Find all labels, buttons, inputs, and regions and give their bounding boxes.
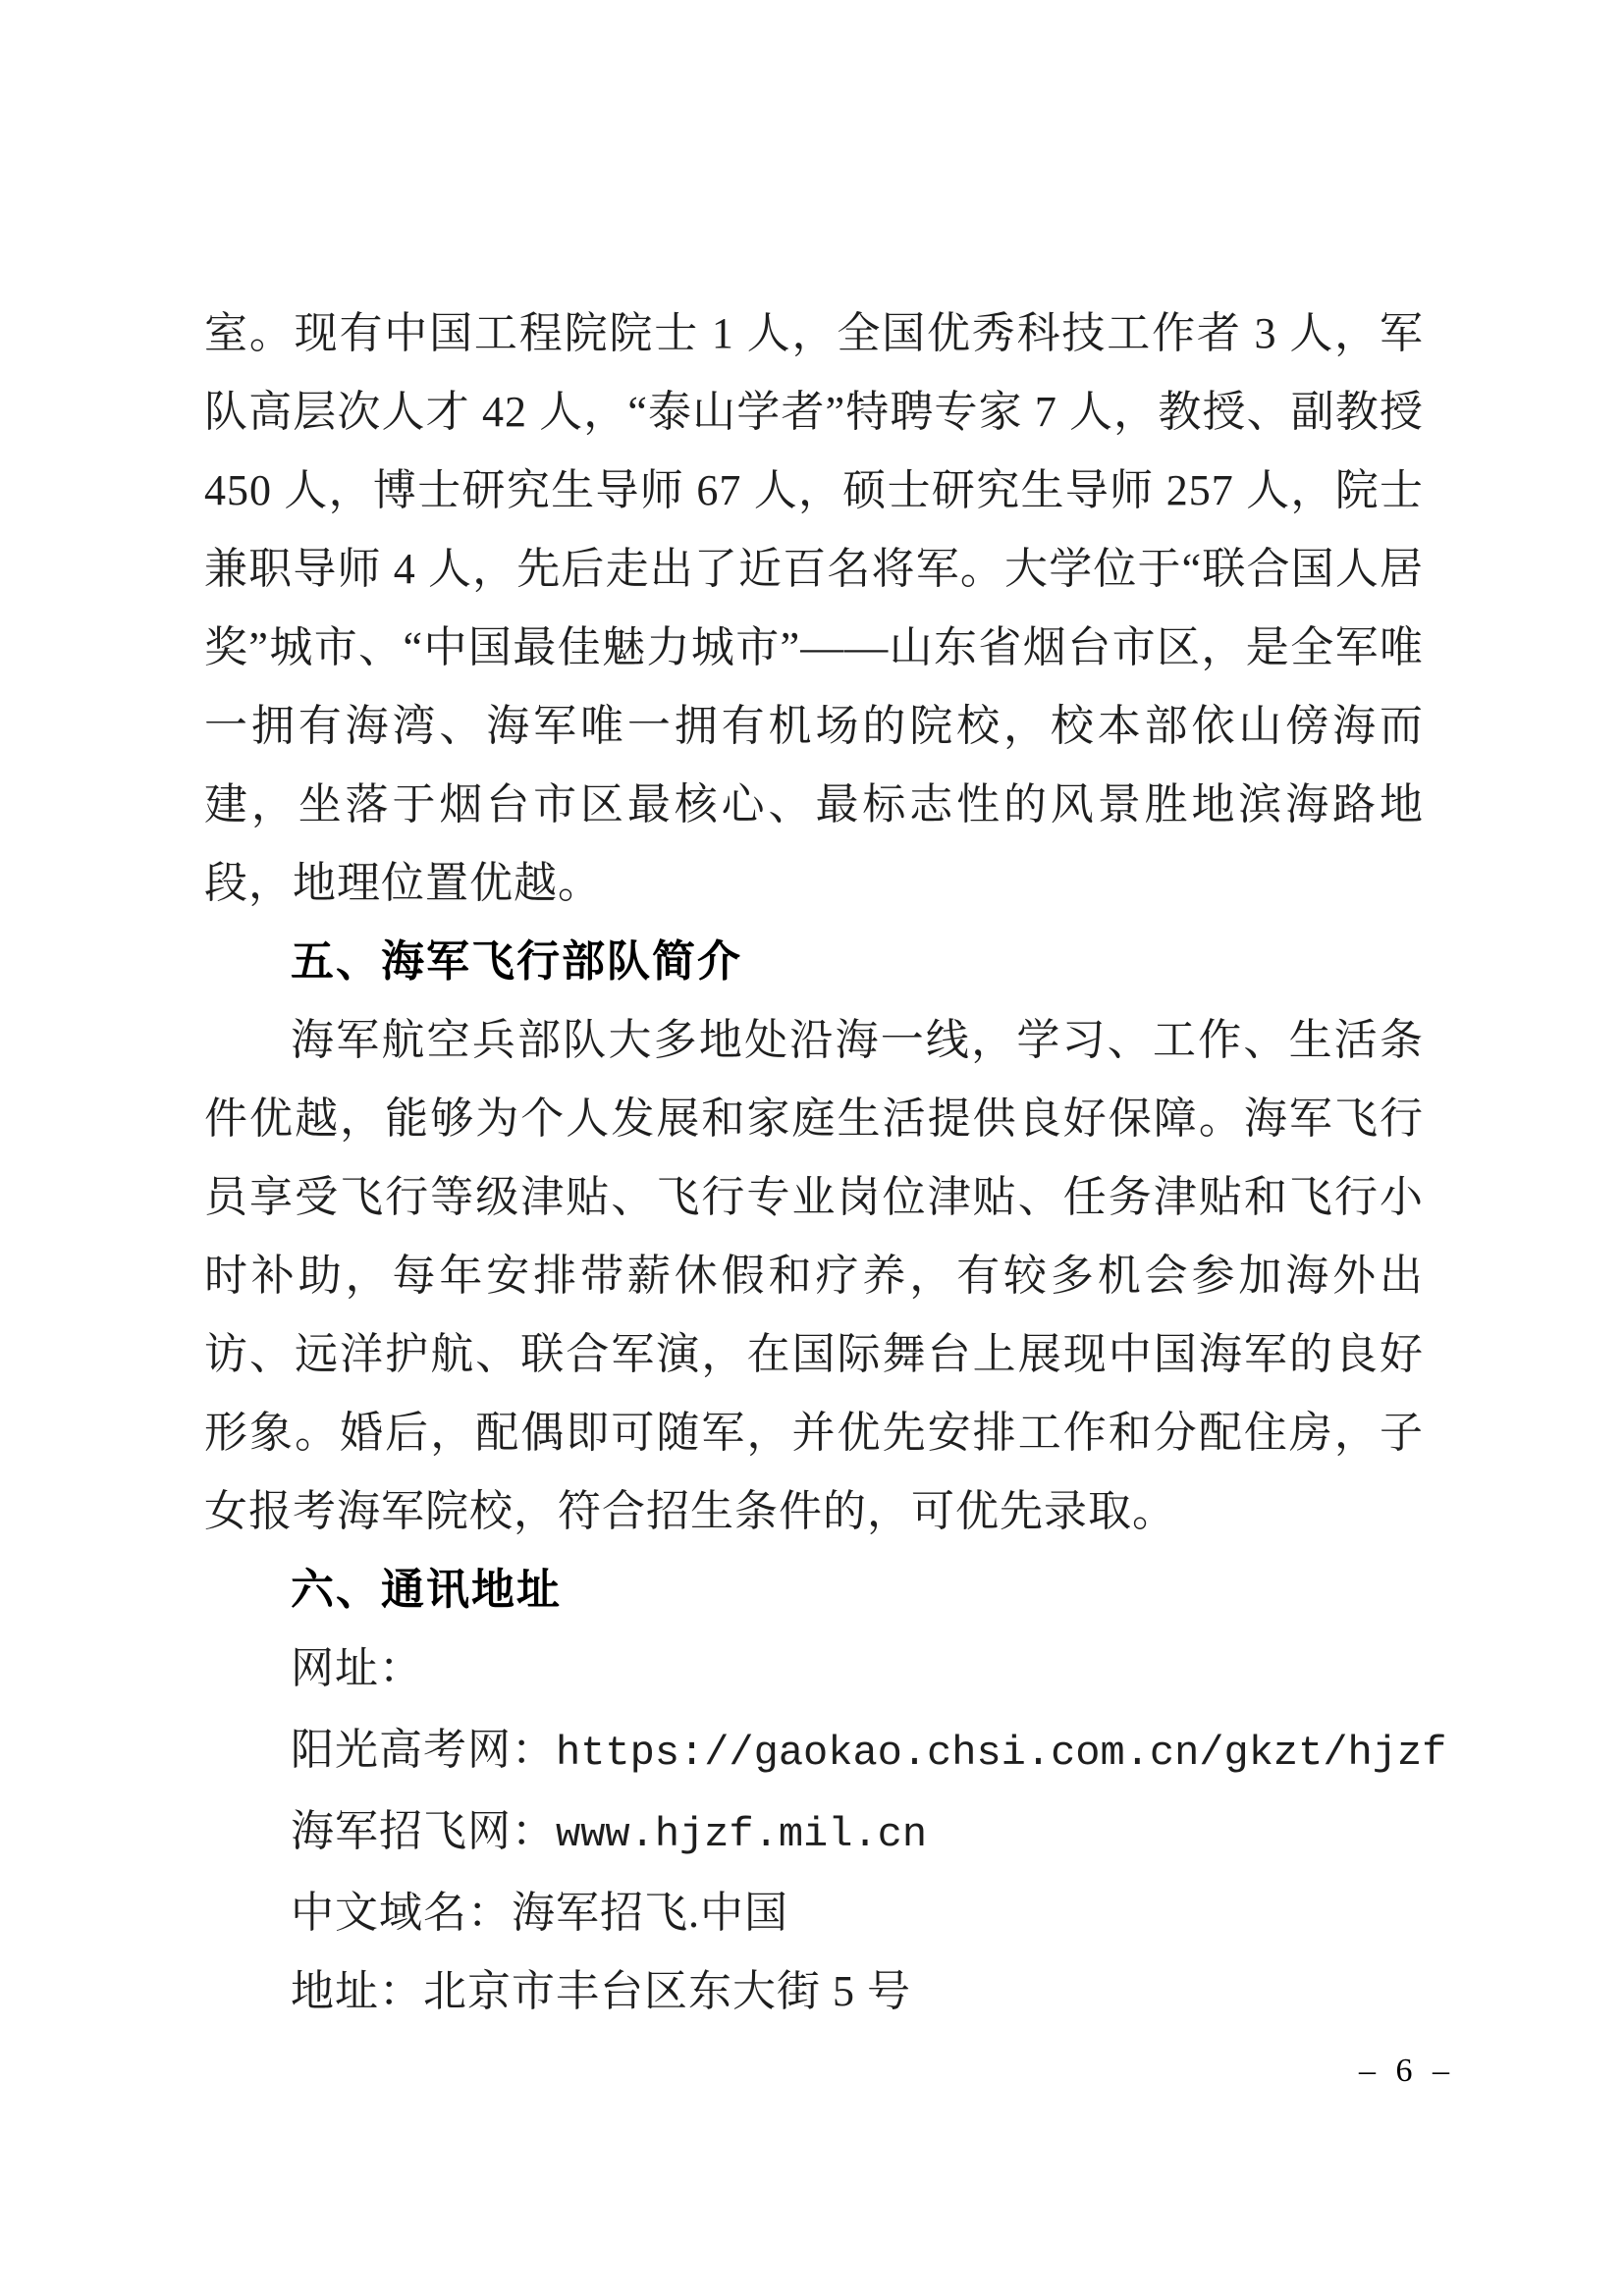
paragraph-navy-aviation-units: 海军航空兵部队大多地处沿海一线，学习、工作、生活条件优越，能够为个人发展和家庭生… [204,1001,1424,1551]
navy-recruit-site-url: www.hjzf.mil.cn [556,1811,927,1858]
section-5-heading: 五、海军飞行部队简介 [204,923,1424,1001]
chinese-domain-label: 中文域名： [291,1889,512,1937]
website-label: 网址： [291,1644,423,1692]
contact-line-chinese-domain: 中文域名：海军招飞.中国 [204,1874,1424,1952]
contact-line-postal-address: 地址：北京市丰台区东大街 5 号 [204,1952,1424,2031]
contact-line-gaokao-site: 阳光高考网：https://gaokao.chsi.com.cn/gkzt/hj… [204,1711,1424,1792]
contact-line-website-label: 网址： [204,1629,1424,1711]
navy-recruit-site-label: 海军招飞网： [291,1807,556,1855]
paragraph-university-intro-continuation: 室。现有中国工程院院士 1 人，全国优秀科技工作者 3 人，军队高层次人才 42… [204,294,1424,923]
contact-line-navy-recruit-site: 海军招飞网：www.hjzf.mil.cn [204,1792,1424,1874]
postal-address-label: 地址： [291,1967,423,2015]
page-content: 室。现有中国工程院院士 1 人，全国优秀科技工作者 3 人，军队高层次人才 42… [204,294,1424,2031]
document-page: 室。现有中国工程院院士 1 人，全国优秀科技工作者 3 人，军队高层次人才 42… [0,0,1624,2296]
gaokao-site-label: 阳光高考网： [291,1726,556,1774]
postal-address-value: 北京市丰台区东大街 5 号 [423,1967,911,2015]
gaokao-site-url: https://gaokao.chsi.com.cn/gkzt/hjzf [556,1730,1446,1777]
chinese-domain-value: 海军招飞.中国 [512,1889,788,1937]
page-number: – 6 – [1359,2050,1455,2093]
section-6-heading: 六、通讯地址 [204,1551,1424,1629]
